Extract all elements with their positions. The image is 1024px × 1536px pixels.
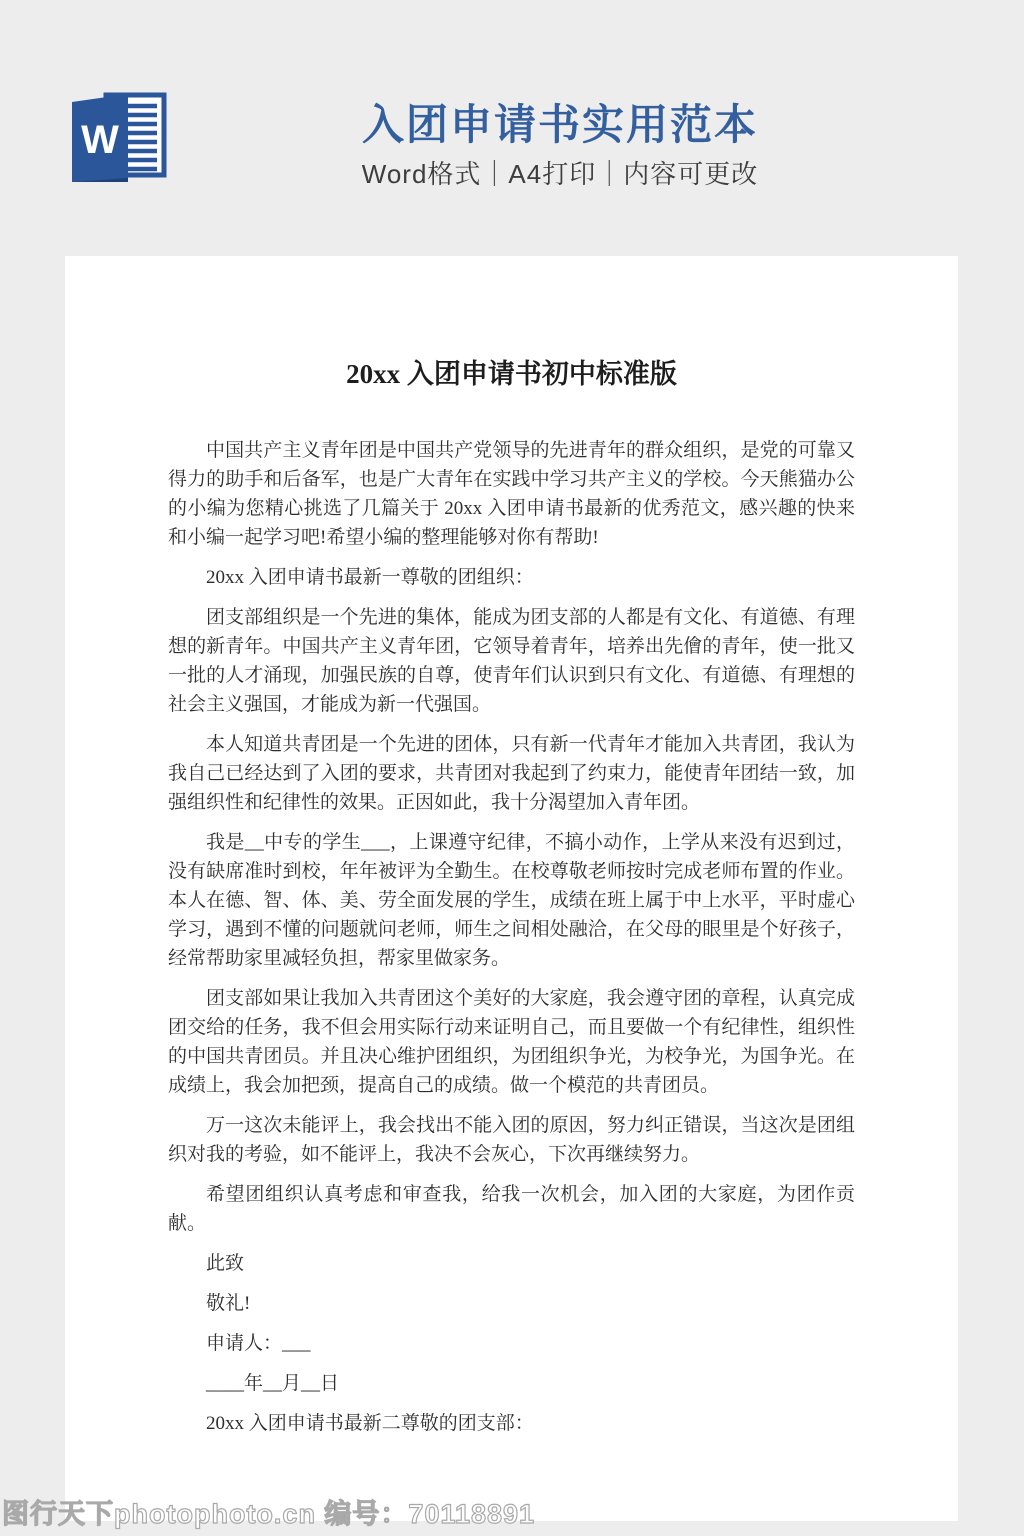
document-page: 20xx 入团申请书初中标准版 中国共产主义青年团是中国共产党领导的先进青年的群… — [65, 256, 958, 1521]
paragraph-closing-cizhi: 此致 — [168, 1249, 855, 1278]
paragraph-body-3: 我是__中专的学生___，上课遵守纪律，不搞小动作，上学从来没有迟到过，没有缺席… — [168, 828, 855, 973]
paragraph-body-5: 万一这次未能评上，我会找出不能入团的原因，努力纠正错误，当这次是团组织对我的考验… — [168, 1111, 855, 1169]
page-background: W 入团申请书实用范本 Word格式｜A4打印｜内容可更改 20xx 入团申请书… — [0, 0, 1024, 1536]
paragraph-body-1: 团支部组织是一个先进的集体，能成为团支部的人都是有文化、有道德、有理想的新青年。… — [168, 603, 855, 719]
page-subtitle: Word格式｜A4打印｜内容可更改 — [96, 154, 1024, 191]
paragraph-body-2: 本人知道共青团是一个先进的团体，只有新一代青年才能加入共青团，我认为我自己已经达… — [168, 730, 855, 817]
document-title: 20xx 入团申请书初中标准版 — [168, 356, 855, 392]
paragraph-date-line: ____年__月__日 — [168, 1369, 855, 1398]
paragraph-salutation-1: 20xx 入团申请书最新一尊敬的团组织： — [168, 563, 855, 592]
paragraph-body-6: 希望团组织认真考虑和审查我，给我一次机会，加入团的大家庭，为团作贡献。 — [168, 1180, 855, 1238]
page-title: 入团申请书实用范本 — [96, 92, 1024, 152]
paragraph-body-4: 团支部如果让我加入共青团这个美好的大家庭，我会遵守团的章程，认真完成团交给的任务… — [168, 984, 855, 1100]
paragraph-closing-jingli: 敬礼! — [168, 1289, 855, 1318]
paragraph-salutation-2: 20xx 入团申请书最新二尊敬的团支部： — [168, 1409, 855, 1438]
site-watermark: 图行天下photophoto.cn 编号：70118891 — [2, 1492, 535, 1531]
paragraph-intro: 中国共产主义青年团是中国共产党领导的先进青年的群众组织，是党的可靠又得力的助手和… — [168, 436, 855, 552]
paragraph-applicant-line: 申请人：___ — [168, 1329, 855, 1358]
